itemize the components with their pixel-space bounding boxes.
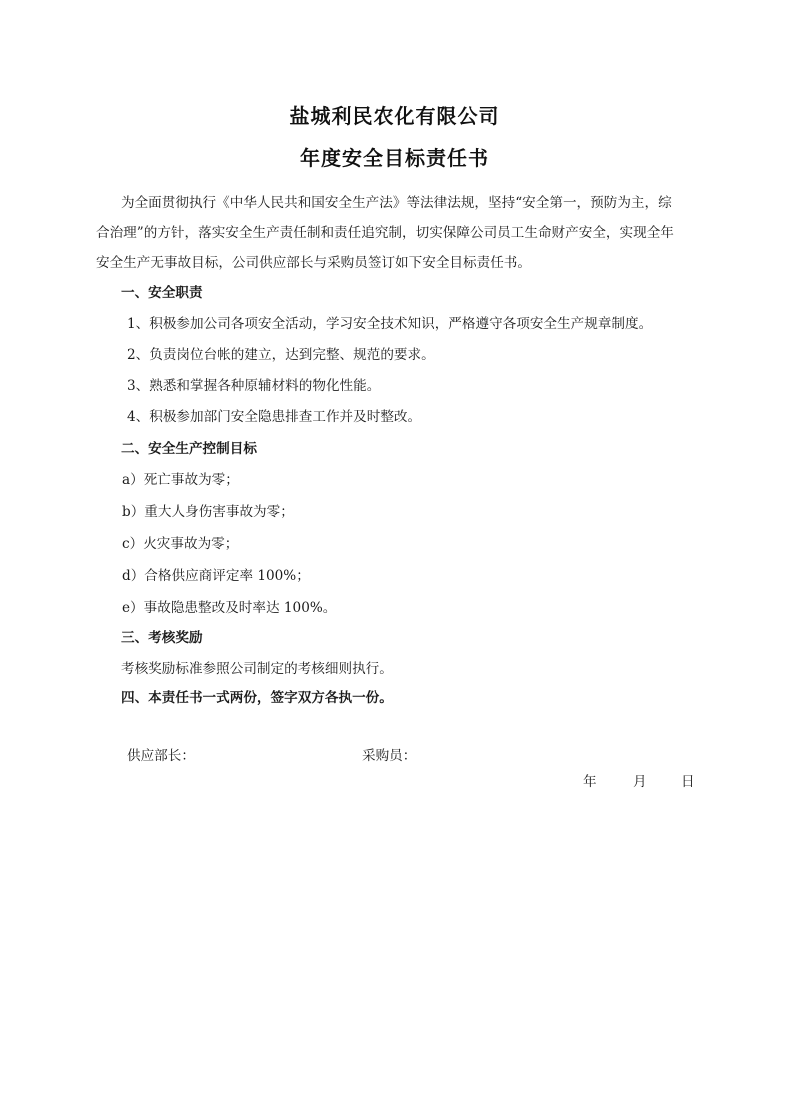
section-2-item-e: e）事故隐患整改及时率达 100%。 [122, 599, 336, 617]
intro-line-2: 合治理”的方针，落实安全生产责任制和责任追究制，切实保障公司员工生命财产安全，实… [96, 224, 674, 242]
section-3-text: 考核奖励标准参照公司制定的考核细则执行。 [121, 660, 393, 678]
section-2-item-a: a）死亡事故为零； [122, 471, 239, 489]
document-title: 年度安全目标责任书 [0, 142, 789, 171]
section-1-item-4: 4、积极参加部门安全隐患排查工作并及时整改。 [127, 408, 421, 426]
section-heading-1: 一、安全职责 [121, 284, 203, 302]
intro-line-3: 安全生产无事故目标，公司供应部长与采购员签订如下安全目标责任书。 [96, 254, 531, 272]
intro-line-1: 为全面贯彻执行《中华人民共和国安全生产法》等法律法规，坚持“安全第一，预防为主，… [121, 194, 672, 212]
section-2-item-c: c）火灾事故为零； [122, 535, 238, 553]
section-2-item-d: d）合格供应商评定率 100%； [122, 567, 310, 585]
section-2-item-b: b）重大人身伤害事故为零； [122, 503, 294, 521]
signature-supply-manager-label: 供应部长： [127, 747, 195, 765]
section-heading-4: 四、本责任书一式两份，签字双方各执一份。 [121, 689, 393, 707]
section-1-item-3: 3、熟悉和掌握各种原辅材料的物化性能。 [127, 377, 380, 395]
section-1-item-2: 2、负责岗位台帐的建立，达到完整、规范的要求。 [127, 346, 435, 364]
date-year-label: 年 [583, 773, 597, 791]
section-1-item-1: 1、积极参加公司各项安全活动，学习安全技术知识，严格遵守各项安全生产规章制度。 [127, 315, 652, 333]
date-month-label: 月 [633, 773, 647, 791]
company-name: 盐城利民农化有限公司 [0, 100, 789, 129]
section-heading-2: 二、安全生产控制目标 [121, 440, 257, 458]
date-day-label: 日 [681, 773, 695, 791]
document-page: 盐城利民农化有限公司 年度安全目标责任书 为全面贯彻执行《中华人民共和国安全生产… [0, 0, 789, 1118]
section-heading-3: 三、考核奖励 [121, 629, 203, 647]
signature-purchaser-label: 采购员： [362, 747, 416, 765]
